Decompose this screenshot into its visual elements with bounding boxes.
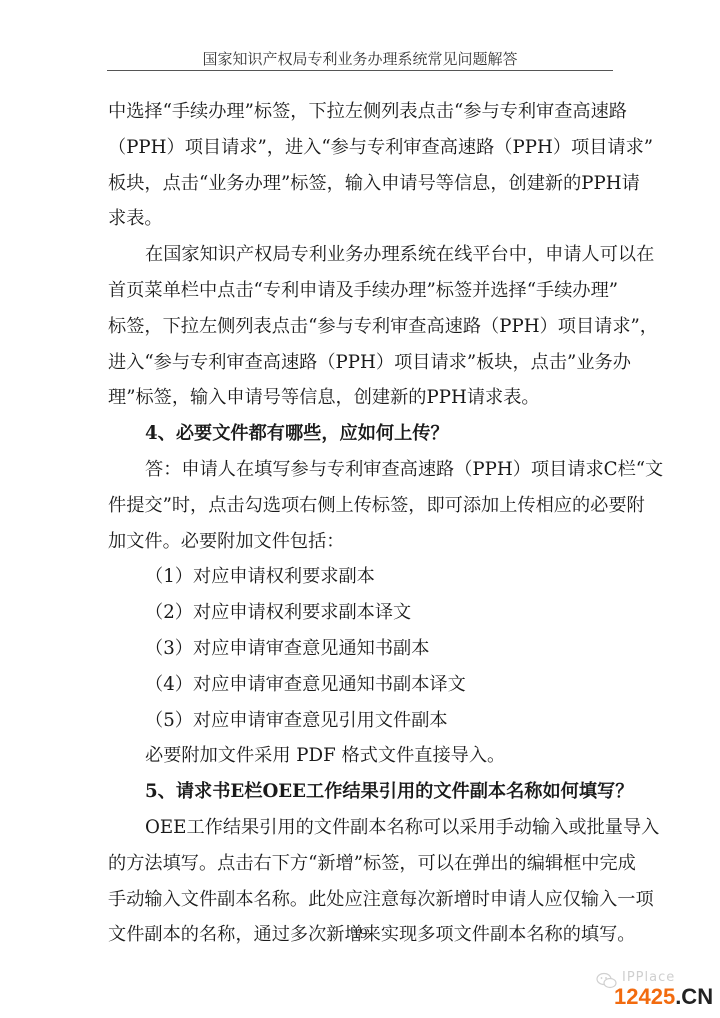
question-4-heading: 4、必要文件都有哪些，应如何上传？ [108,416,613,452]
question-5-heading: 5、请求书E栏OEE工作结果引用的文件副本名称如何填写？ [108,774,613,810]
text-line: 在国家知识产权局专利业务办理系统在线平台中，申请人可以在 [108,237,613,273]
text-line: 理”标签，输入申请号等信息，创建新的PPH请求表。 [108,380,613,416]
paragraph-online-platform: 在国家知识产权局专利业务办理系统在线平台中，申请人可以在 首页菜单栏中点击“专利… [108,237,613,416]
list-item: （3）对应申请审查意见通知书副本 [108,631,613,667]
site-watermark: IPPlace 12425.CN [596,970,718,1010]
text-line: 的方法填写。点击右下方“新增”标签，可以在弹出的编辑框中完成 [108,846,613,882]
header-divider [107,70,613,71]
watermark-number: 12425 [614,984,675,1009]
text-line: OEE工作结果引用的文件副本名称可以采用手动输入或批量导入 [108,810,613,846]
text-line: 答：申请人在填写参与专利审查高速路（PPH）项目请求C栏“文 [108,452,613,488]
text-line: 中选择“手续办理”标签，下拉左侧列表点击“参与专利审查高速路 [108,94,613,130]
watermark-domain: .CN [675,984,713,1009]
watermark-subtext: IPPlace [622,970,675,985]
text-line: 标签，下拉左侧列表点击“参与专利审查高速路（PPH）项目请求”， [108,309,613,345]
watermark-logo: 12425.CN [614,984,713,1010]
text-line: 板块，点击“业务办理”标签，输入申请号等信息，创建新的PPH请 [108,166,613,202]
text-line: 手动输入文件副本名称。此处应注意每次新增时申请人应仅输入一项 [108,882,613,918]
text-line: 首页菜单栏中点击“专利申请及手续办理”标签并选择“手续办理” [108,273,613,309]
list-item: （1）对应申请权利要求副本 [108,559,613,595]
text-line: 求表。 [108,201,613,237]
required-files-list: （1）对应申请权利要求副本 （2）对应申请权利要求副本译文 （3）对应申请审查意… [108,559,613,738]
paragraph-continuation: 中选择“手续办理”标签，下拉左侧列表点击“参与专利审查高速路 （PPH）项目请求… [108,94,613,237]
list-item: （5）对应申请审查意见引用文件副本 [108,703,613,739]
page-content: 中选择“手续办理”标签，下拉左侧列表点击“参与专利审查高速路 （PPH）项目请求… [108,94,613,953]
list-item: （4）对应申请审查意见通知书副本译文 [108,667,613,703]
text-line: 件提交”时，点击勾选项右侧上传标签，即可添加上传相应的必要附 [108,488,613,524]
text-line: 加文件。必要附加文件包括： [108,524,613,560]
running-header: 国家知识产权局专利业务办理系统常见问题解答 [107,50,613,68]
page-number: 19 [0,926,720,943]
text-line: （PPH）项目请求”，进入“参与专利审查高速路（PPH）项目请求” [108,130,613,166]
question-4-answer: 答：申请人在填写参与专利审查高速路（PPH）项目请求C栏“文 件提交”时，点击勾… [108,452,613,559]
list-item: （2）对应申请权利要求副本译文 [108,595,613,631]
text-line: 进入“参与专利审查高速路（PPH）项目请求”板块，点击”业务办 [108,345,613,381]
pdf-import-note: 必要附加文件采用 PDF 格式文件直接导入。 [108,738,613,774]
